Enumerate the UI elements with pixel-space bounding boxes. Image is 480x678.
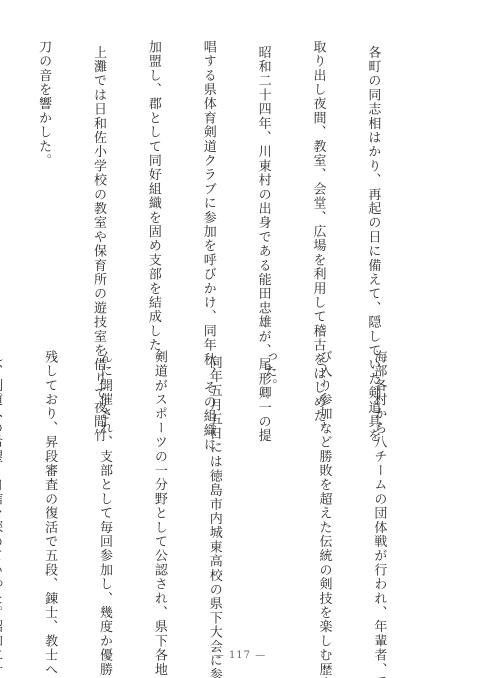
text-line: 上灘では日和佐小学校の教室や保育所の遊技室を借りて夜間竹: [89, 40, 107, 330]
text-line: 剣道がスポーツの一分野として公認され、県下各地で大会が盛: [150, 350, 168, 640]
text-line: 刀の音を響かした。: [34, 40, 52, 330]
text-line: 取り出し夜間、教室、会堂、広場を利用して稽古をはじめた。: [308, 40, 326, 330]
text-line: 昭和二十四年、川東村の出身である能田忠雄が、尾形卿一の提: [253, 40, 271, 330]
text-line: 残しており、昇段審査の復活で五段、錬士、教士への道もひらか: [40, 350, 58, 640]
text-line: 同年五月五日には徳島市内城東高校の県下大会に参加している。: [204, 350, 222, 640]
text-line: 唱する県体育剣道クラブに参加を呼びかけ、同年秋、その組織に: [198, 40, 216, 330]
text-line: 加盟し、郡として同好組織を固め支部を結成した。: [144, 40, 162, 330]
document-page: 各町の同志相はかり、再起の日に備えて、隠していた剣道具を 取り出し夜間、教室、会…: [0, 0, 480, 678]
text-line: った。: [259, 350, 277, 640]
text-block-upper: 各町の同志相はかり、再起の日に備えて、隠していた剣道具を 取り出し夜間、教室、会…: [0, 40, 418, 330]
text-line: 各町の同志相はかり、再起の日に備えて、隠していた剣道具を: [363, 40, 381, 330]
text-line: び入り参加など勝敗を超えた伝統の剣技を楽しむ歴史的大会であ: [314, 350, 332, 640]
text-line: れ、剣道への希望と自信を深めていった。昭和二十八年八月十日、: [0, 350, 3, 640]
text-line: 海部各村から八チームの団体戦が行われ、年輩者、愛好家の飛: [369, 350, 387, 640]
page-number: — 117 —: [0, 650, 480, 661]
text-line: んに開催され、支部として毎回参加し、幾度か優勝に迫る成績を: [95, 350, 113, 640]
text-block-lower: 海部各村から八チームの団体戦が行われ、年輩者、愛好家の飛 び入り参加など勝敗を超…: [0, 350, 424, 640]
